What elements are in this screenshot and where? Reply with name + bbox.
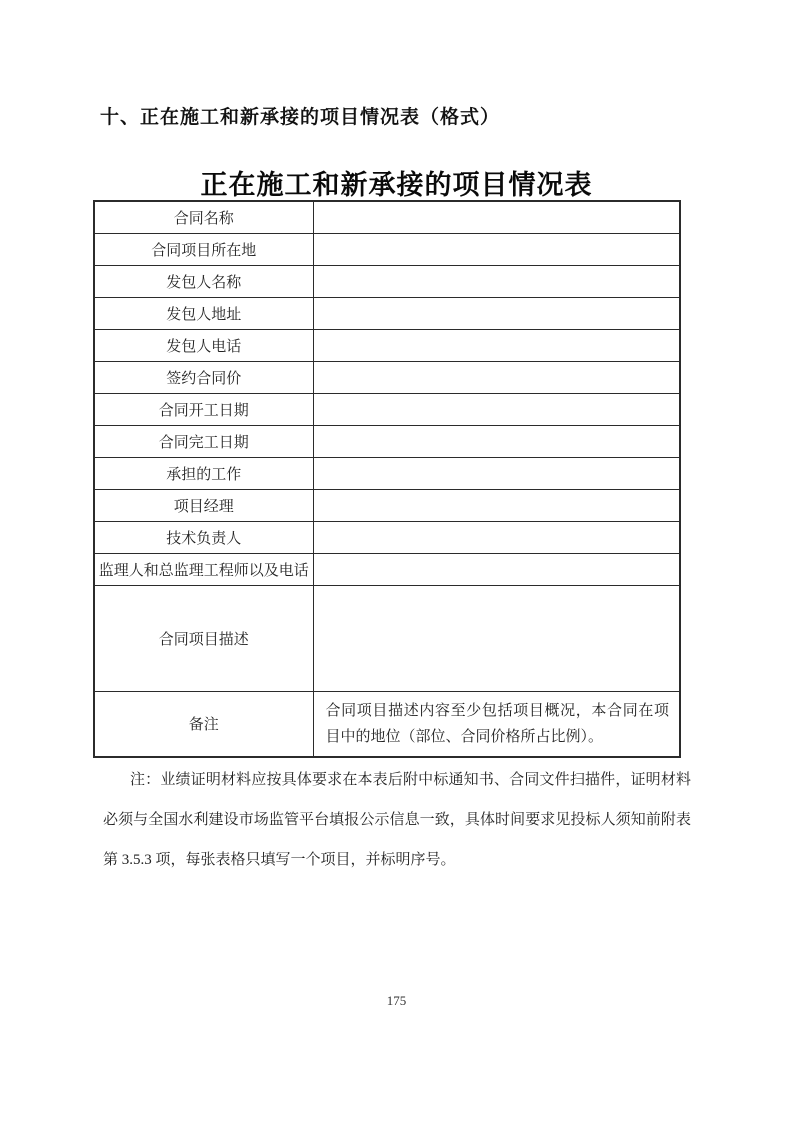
row-value-project-manager (313, 489, 680, 521)
row-value-supervisor-phone (313, 553, 680, 585)
row-value-remarks: 合同项目描述内容至少包括项目概况，本合同在项目中的地位（部位、合同价格所占比例）… (313, 691, 680, 757)
table-row: 项目经理 (94, 489, 680, 521)
table-title: 正在施工和新承接的项目情况表 (0, 163, 793, 202)
table-row: 合同开工日期 (94, 393, 680, 425)
row-label-employer-name: 发包人名称 (94, 265, 313, 297)
row-label-project-manager: 项目经理 (94, 489, 313, 521)
row-value-project-location (313, 233, 680, 265)
document-page: 十、正在施工和新承接的项目情况表（格式） 正在施工和新承接的项目情况表 合同名称… (0, 0, 793, 1122)
row-value-start-date (313, 393, 680, 425)
table-row: 发包人地址 (94, 297, 680, 329)
row-label-contract-price: 签约合同价 (94, 361, 313, 393)
row-label-remarks: 备注 (94, 691, 313, 757)
row-label-employer-address: 发包人地址 (94, 297, 313, 329)
row-value-contract-price (313, 361, 680, 393)
row-label-contract-name: 合同名称 (94, 201, 313, 233)
row-label-start-date: 合同开工日期 (94, 393, 313, 425)
table-row: 备注 合同项目描述内容至少包括项目概况，本合同在项目中的地位（部位、合同价格所占… (94, 691, 680, 757)
row-label-undertaken-work: 承担的工作 (94, 457, 313, 489)
table-row: 合同项目描述 (94, 585, 680, 691)
table-row: 合同项目所在地 (94, 233, 680, 265)
project-info-table: 合同名称 合同项目所在地 发包人名称 发包人地址 发包人电话 签约合同价 (93, 200, 681, 758)
table-row: 签约合同价 (94, 361, 680, 393)
row-value-contract-name (313, 201, 680, 233)
table-row: 合同名称 (94, 201, 680, 233)
row-value-employer-name (313, 265, 680, 297)
table-row: 发包人电话 (94, 329, 680, 361)
row-value-completion-date (313, 425, 680, 457)
table-row: 监理人和总监理工程师以及电话 (94, 553, 680, 585)
row-label-supervisor-phone: 监理人和总监理工程师以及电话 (94, 553, 313, 585)
table-row: 发包人名称 (94, 265, 680, 297)
row-label-employer-phone: 发包人电话 (94, 329, 313, 361)
table-row: 承担的工作 (94, 457, 680, 489)
table-row: 技术负责人 (94, 521, 680, 553)
row-value-undertaken-work (313, 457, 680, 489)
row-label-technical-director: 技术负责人 (94, 521, 313, 553)
section-heading: 十、正在施工和新承接的项目情况表（格式） (100, 102, 500, 129)
page-number: 175 (0, 993, 793, 1009)
row-label-project-location: 合同项目所在地 (94, 233, 313, 265)
row-value-employer-address (313, 297, 680, 329)
row-value-employer-phone (313, 329, 680, 361)
table-row: 合同完工日期 (94, 425, 680, 457)
footnote-paragraph: 注：业绩证明材料应按具体要求在本表后附中标通知书、合同文件扫描件，证明材料必须与… (103, 760, 691, 880)
row-value-project-description (313, 585, 680, 691)
row-label-project-description: 合同项目描述 (94, 585, 313, 691)
row-value-technical-director (313, 521, 680, 553)
row-label-completion-date: 合同完工日期 (94, 425, 313, 457)
